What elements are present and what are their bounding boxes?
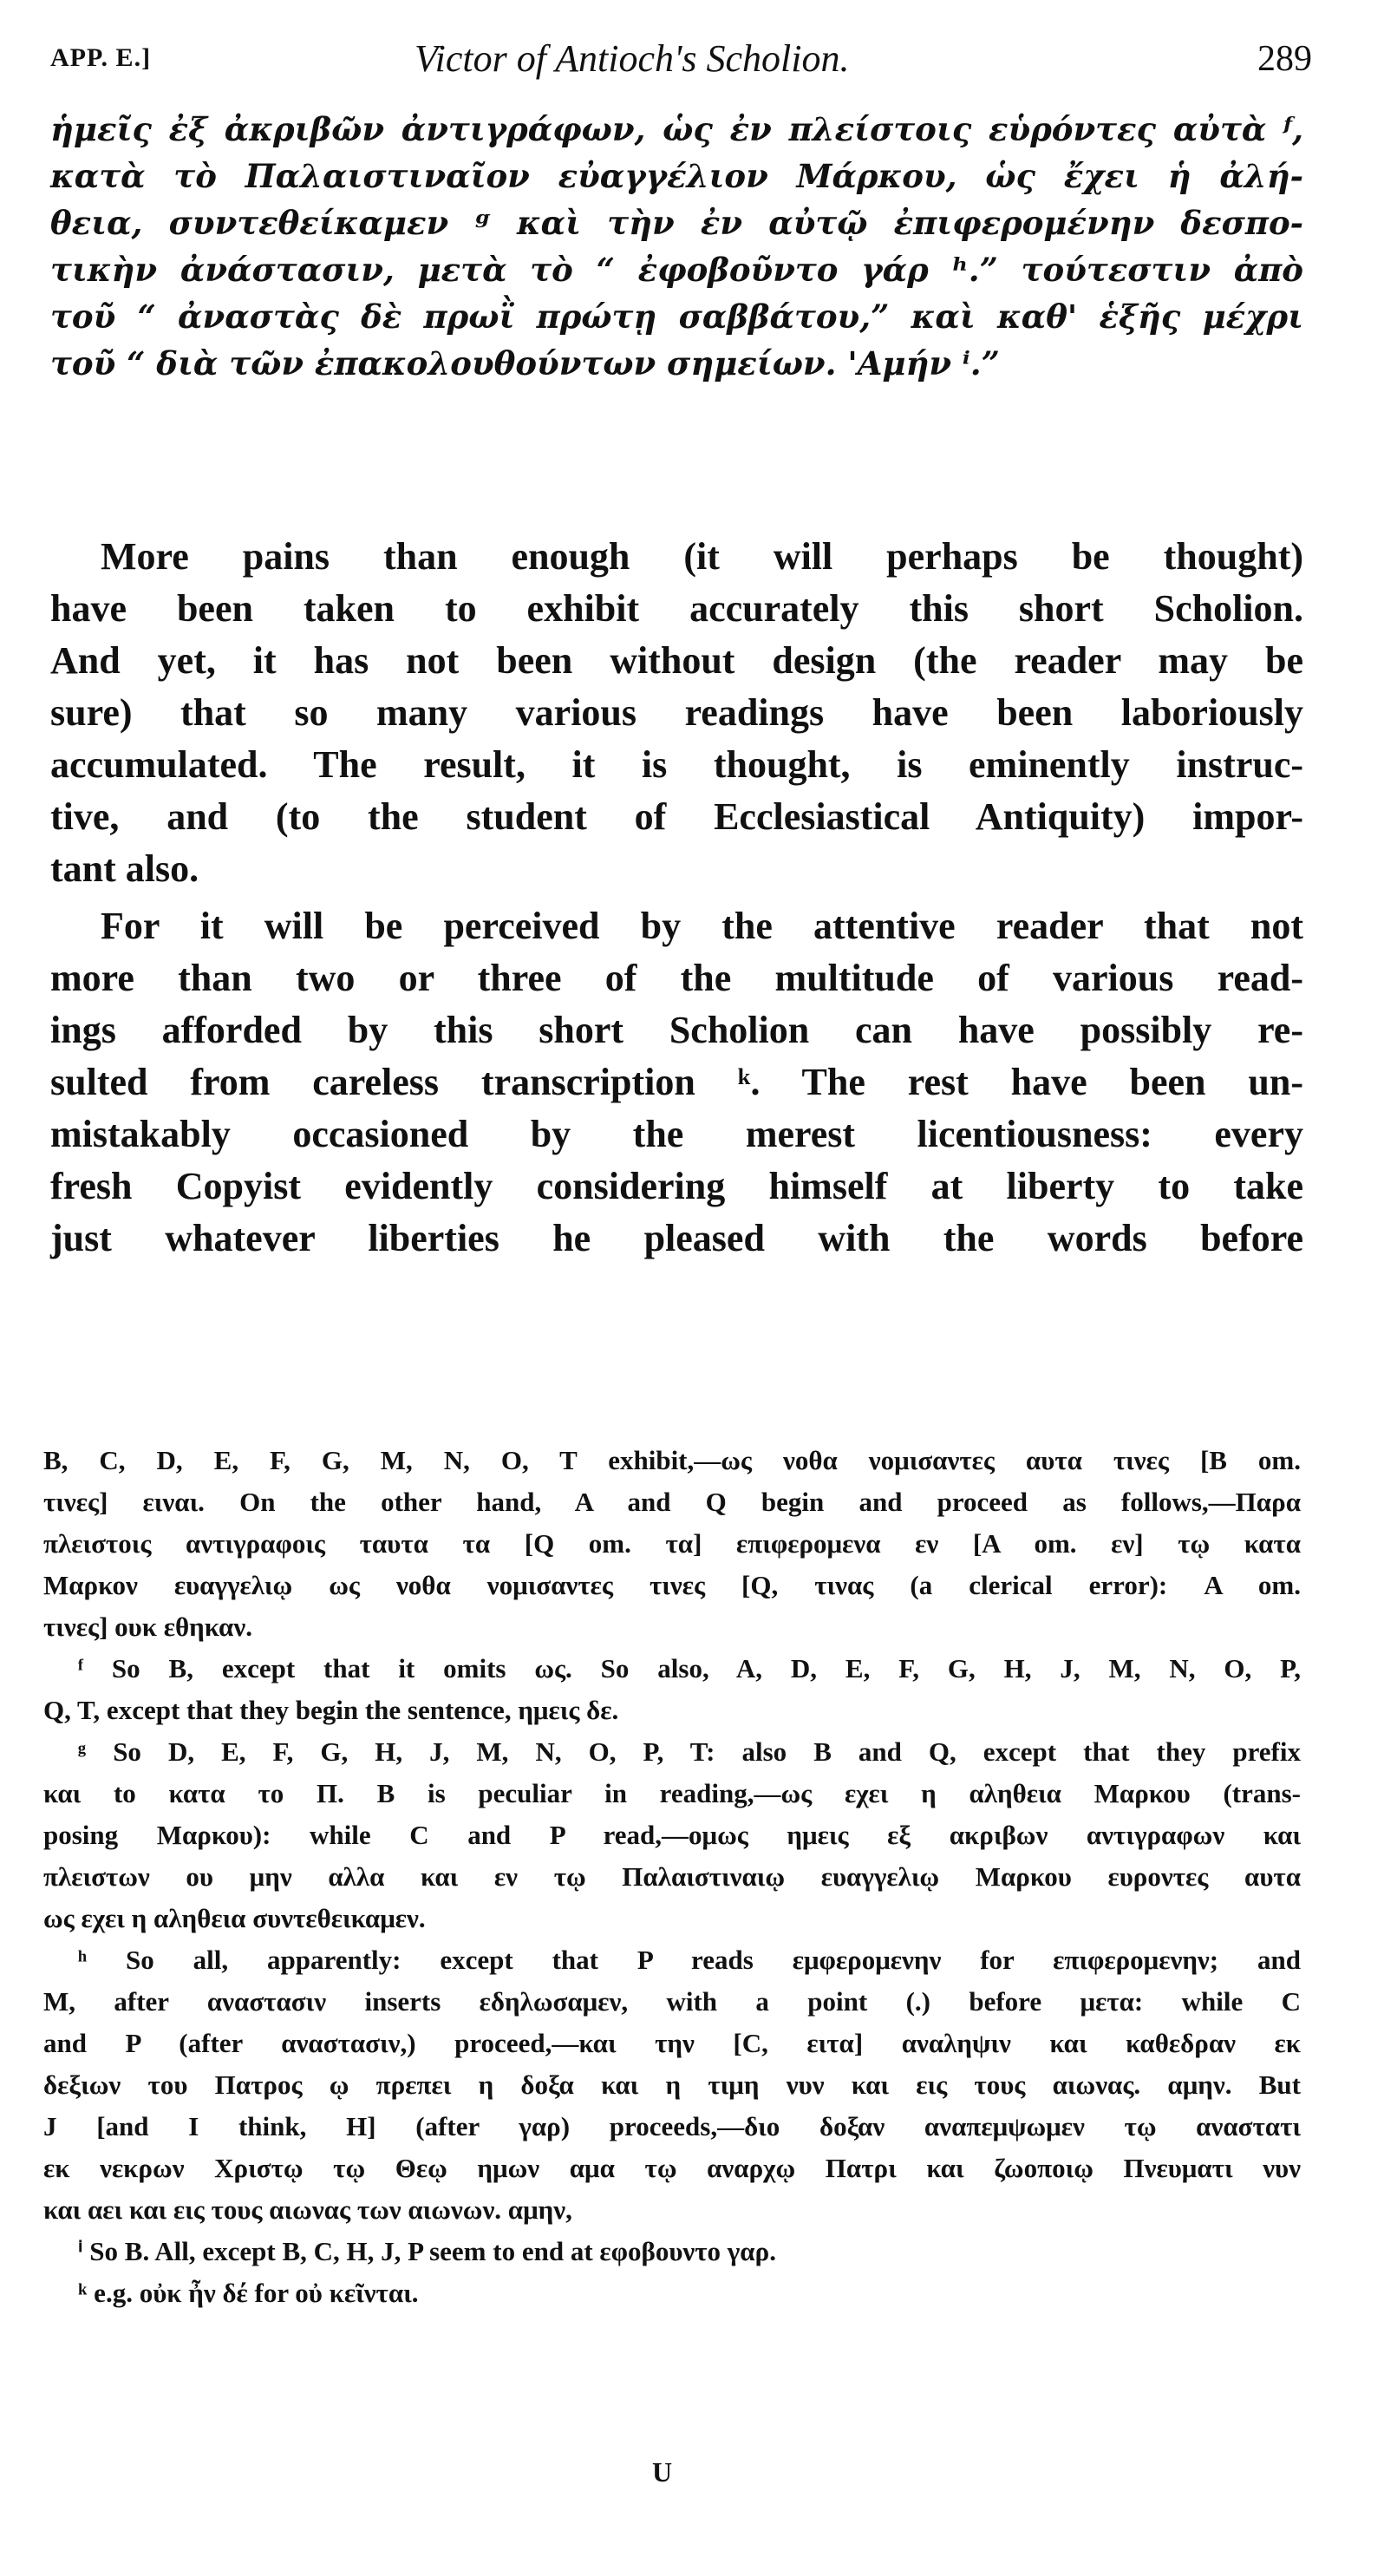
footnote-i: ⁱ So B. All, except B, C, H, J, P seem t… bbox=[43, 2231, 1301, 2272]
body-line: More pains than enough (it will perhaps … bbox=[50, 531, 1303, 583]
footnote-line: ως εχει η αληθεια συντεθεικαμεν. bbox=[43, 1898, 1301, 1939]
body-line: just whatever liberties he pleased with … bbox=[50, 1213, 1303, 1265]
body-line: tant also. bbox=[50, 843, 1303, 895]
page-number: 289 bbox=[1257, 38, 1312, 80]
footnote-line: πλειστοις αντιγραφοις ταυτα τα [Q om. τα… bbox=[43, 1523, 1301, 1565]
paragraph-1: More pains than enough (it will perhaps … bbox=[50, 531, 1303, 895]
body-line: And yet, it has not been without design … bbox=[50, 635, 1303, 687]
footnote-line: τινες] ουκ εθηκαν. bbox=[43, 1606, 1301, 1648]
body-line: tive, and (to the student of Ecclesiasti… bbox=[50, 791, 1303, 843]
greek-line: κατὰ τὸ Παλαιστιναῖον εὐαγγέλιον Μάρκου,… bbox=[50, 153, 1303, 199]
footnote-line: πλειστων ου μην αλλα και εν τῳ Παλαιστιν… bbox=[43, 1856, 1301, 1898]
body-line: For it will be perceived by the attentiv… bbox=[50, 900, 1303, 952]
footnote-line: and P (after αναστασιν,) proceed,—και τη… bbox=[43, 2023, 1301, 2064]
body-line: sure) that so many various readings have… bbox=[50, 687, 1303, 739]
footnote-f: ᶠ So B, except that it omits ως. So also… bbox=[43, 1648, 1301, 1690]
footnote-line: Q, T, except that they begin the sentenc… bbox=[43, 1690, 1301, 1731]
footnote-line: B, C, D, E, F, G, M, N, O, T exhibit,—ως… bbox=[43, 1440, 1301, 1481]
greek-line: τοῦ “ διὰ τῶν ἐπακολουθούντων σημείων. '… bbox=[50, 340, 1303, 387]
footnote-line: δεξιων του Πατρος ῳ πρεπει η δοξα και η … bbox=[43, 2064, 1301, 2106]
paragraph-2: For it will be perceived by the attentiv… bbox=[50, 900, 1303, 1265]
footnote-line: Μαρκον ευαγγελιῳ ως νοθα νομισαντες τινε… bbox=[43, 1565, 1301, 1606]
book-page: APP. E.] Victor of Antioch's Scholion. 2… bbox=[0, 0, 1384, 2576]
greek-line: τικὴν ἀνάστασιν, μετὰ τὸ “ ἐφοβοῦντο γάρ… bbox=[50, 246, 1303, 293]
greek-scholion-text: ἡμεῖς ἐξ ἀκριβῶν ἀντιγράφων, ὡς ἐν πλείσ… bbox=[50, 106, 1303, 387]
footnotes: B, C, D, E, F, G, M, N, O, T exhibit,—ως… bbox=[43, 1440, 1301, 2314]
footnote-line: J [and I think, H] (after γαρ) proceeds,… bbox=[43, 2106, 1301, 2148]
footnote-line: εκ νεκρων Χριστῳ τῳ Θεῳ ημων αμα τῳ αναρ… bbox=[43, 2148, 1301, 2189]
footnote-k: ᵏ e.g. οὐκ ἦν δέ for οὐ κεῖνται. bbox=[43, 2272, 1301, 2314]
body-line: have been taken to exhibit accurately th… bbox=[50, 583, 1303, 635]
running-title: Victor of Antioch's Scholion. bbox=[415, 36, 850, 81]
footnote-line: M, after αναστασιν inserts εδηλωσαμεν, w… bbox=[43, 1981, 1301, 2023]
body-line: fresh Copyist evidently considering hims… bbox=[50, 1161, 1303, 1213]
footnote-line: και to κατα το Π. B is peculiar in readi… bbox=[43, 1773, 1301, 1814]
greek-line: τοῦ “ ἀναστὰς δὲ πρωῒ πρώτῃ σαββάτου,” κ… bbox=[50, 293, 1303, 340]
body-line: sulted from careless transcription ᵏ. Th… bbox=[50, 1056, 1303, 1108]
footnote-g: ᵍ So D, E, F, G, H, J, M, N, O, P, T: al… bbox=[43, 1731, 1301, 1773]
signature-mark: U bbox=[652, 2456, 672, 2488]
footnote-line: και αει και εις τους αιωνας των αιωνων. … bbox=[43, 2189, 1301, 2231]
body-line: accumulated. The result, it is thought, … bbox=[50, 739, 1303, 791]
footnote-line: τινες] ειναι. On the other hand, A and Q… bbox=[43, 1481, 1301, 1523]
running-header: APP. E.] Victor of Antioch's Scholion. 2… bbox=[50, 36, 1312, 88]
body-line: mistakably occasioned by the merest lice… bbox=[50, 1108, 1303, 1161]
footnote-line: posing Μαρκου): while C and P read,—ομως… bbox=[43, 1814, 1301, 1856]
body-line: ings afforded by this short Scholion can… bbox=[50, 1004, 1303, 1056]
section-label: APP. E.] bbox=[50, 43, 151, 73]
greek-line: ἡμεῖς ἐξ ἀκριβῶν ἀντιγράφων, ὡς ἐν πλείσ… bbox=[50, 106, 1303, 153]
greek-line: θεια, συντεθείκαμεν ᵍ καὶ τὴν ἐν αὐτῷ ἐπ… bbox=[50, 199, 1303, 246]
footnote-h: ʰ So all, apparently: except that P read… bbox=[43, 1939, 1301, 1981]
body-text: More pains than enough (it will perhaps … bbox=[50, 531, 1303, 1265]
body-line: more than two or three of the multitude … bbox=[50, 952, 1303, 1004]
